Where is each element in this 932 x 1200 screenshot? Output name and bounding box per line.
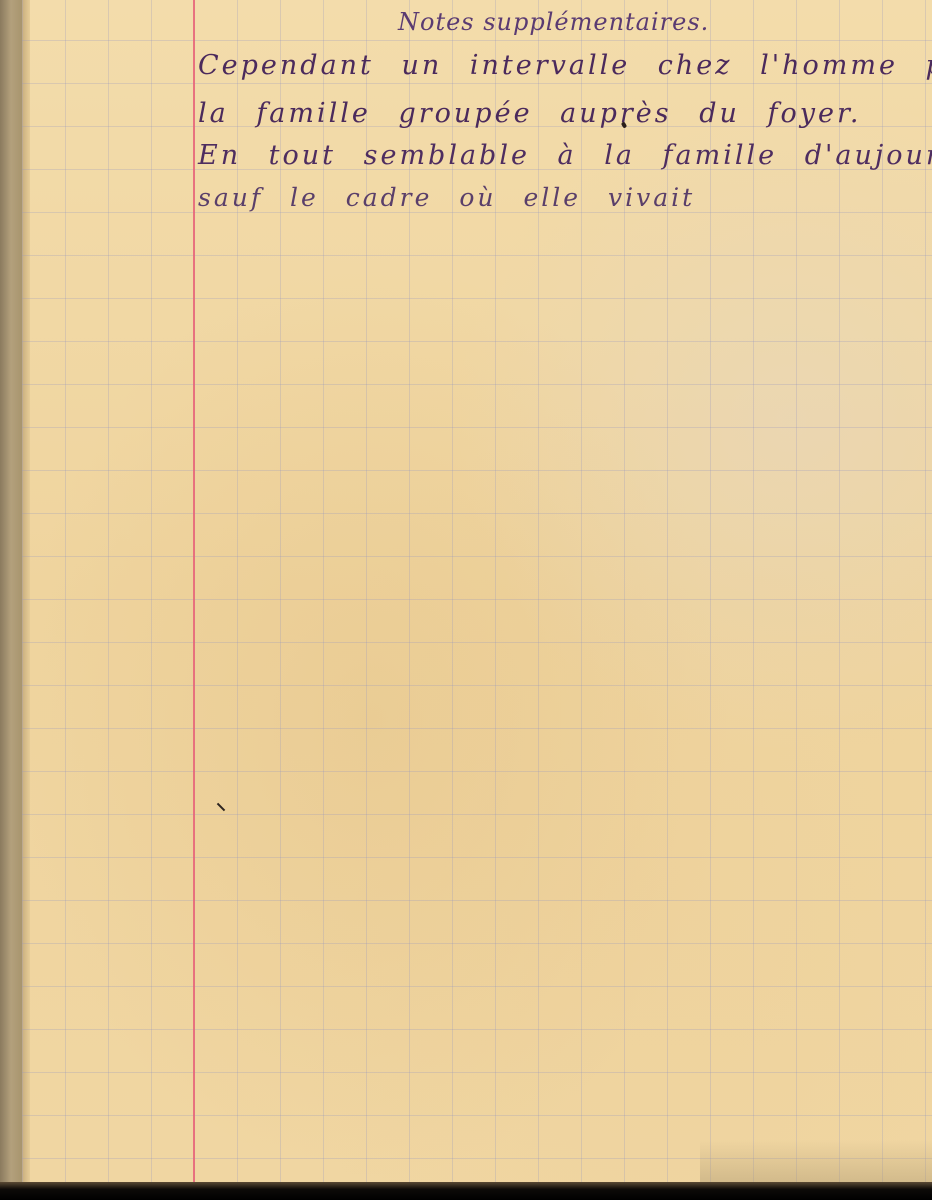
handwritten-line: Cependant un intervalle chez l'homme pri… (198, 50, 932, 81)
notebook-page: Notes supplémentaires. Cependant un inte… (0, 0, 932, 1200)
margin-line (193, 0, 195, 1185)
handwritten-line: la famille groupée auprès du foyer. (198, 98, 862, 129)
handwritten-line: En tout semblable à la famille d'aujourd… (198, 140, 932, 171)
page-title: Notes supplémentaires. (398, 8, 709, 36)
handwritten-line: sauf le cadre où elle vivait (198, 183, 695, 212)
notebook-spine (0, 0, 23, 1200)
page-bottom-edge (0, 1182, 932, 1200)
grid-lines (22, 0, 932, 1182)
page-fold-shadow (700, 1140, 932, 1185)
